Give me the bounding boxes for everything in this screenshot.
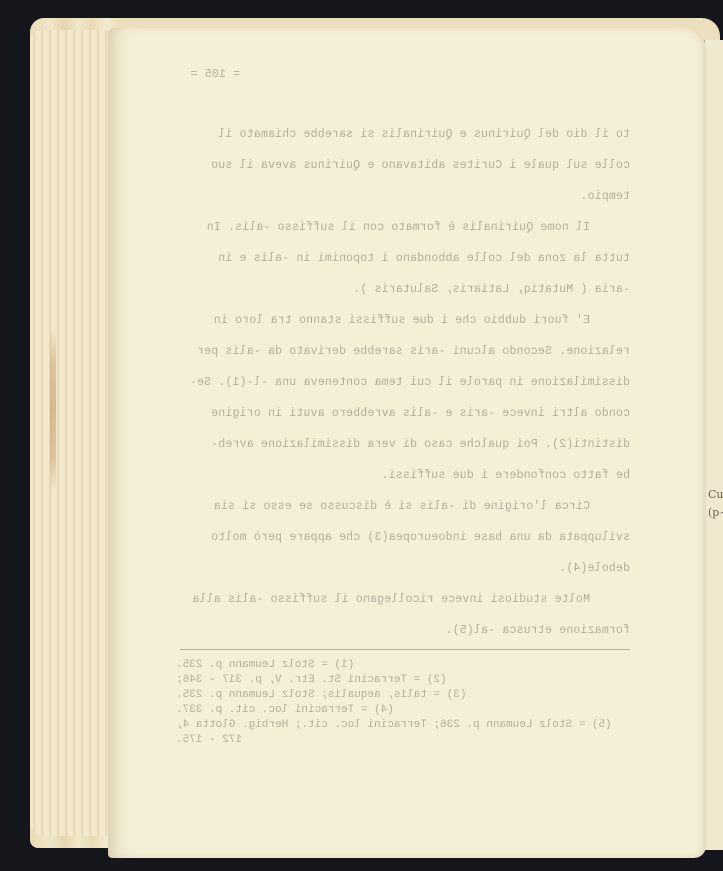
text-line: Circa l'origine di -alis si è discusso s…	[180, 500, 630, 513]
facing-page-edge	[704, 40, 723, 850]
text-line: formazione etrusca -al(5).	[180, 624, 630, 637]
page-edge-stain	[50, 330, 56, 490]
footnote: (3) = talis, aequalis; Stolz Leumann p. …	[176, 688, 646, 703]
text-line: -aria ( Mutatiq, Latiaris, Salutaris ).	[180, 283, 630, 296]
handwritten-margin-note: Cu (p~	[708, 486, 723, 522]
book-page-edges	[30, 30, 115, 836]
footnote: (1) = Stolz Leumann p. 235.	[176, 658, 646, 673]
footnote-separator	[180, 649, 630, 650]
text-line: relazione. Secondo alcuni -aris sarebbe …	[180, 345, 630, 358]
text-line: E' fuori dubbio che i due suffissi stann…	[180, 314, 630, 327]
footnote: (4) = Terracini loc. cit. p. 337.	[176, 703, 646, 718]
text-line: be fatto confondere i due suffissi.	[180, 469, 630, 482]
text-line: debole(4).	[180, 562, 630, 575]
page-number: = 105 =	[180, 68, 630, 81]
text-line: colle sul quale i Curites abitavano e Qu…	[180, 159, 630, 172]
text-line: dissimilazione in parole il cui tema con…	[180, 376, 630, 389]
footnote: (5) = Stolz Leumann p. 236; Terracini lo…	[176, 718, 646, 733]
text-line: to il dio del Quirinus e Quirinalis si s…	[180, 128, 630, 141]
text-line: tutta la zona del colle abbondano i topo…	[180, 252, 630, 265]
text-line: Molte studiosi invece ricollegano il suf…	[180, 593, 630, 606]
footnote: 172 - 175.	[176, 733, 646, 748]
text-line: tempio.	[180, 190, 630, 203]
text-line: Il nome Quirinalis è formato con il suff…	[180, 221, 630, 234]
footnotes: (1) = Stolz Leumann p. 235. (2) = Terrac…	[176, 658, 646, 748]
text-line: distinti(2). Poi qualche caso di vera di…	[180, 438, 630, 451]
text-line: sviluppata da una base indoeuropea(3) ch…	[180, 531, 630, 544]
footnote: (2) = Terracini St. Etr. V, p. 317 - 346…	[176, 673, 646, 688]
text-line: condo altri invece -aris e -alis avrebbe…	[180, 407, 630, 420]
